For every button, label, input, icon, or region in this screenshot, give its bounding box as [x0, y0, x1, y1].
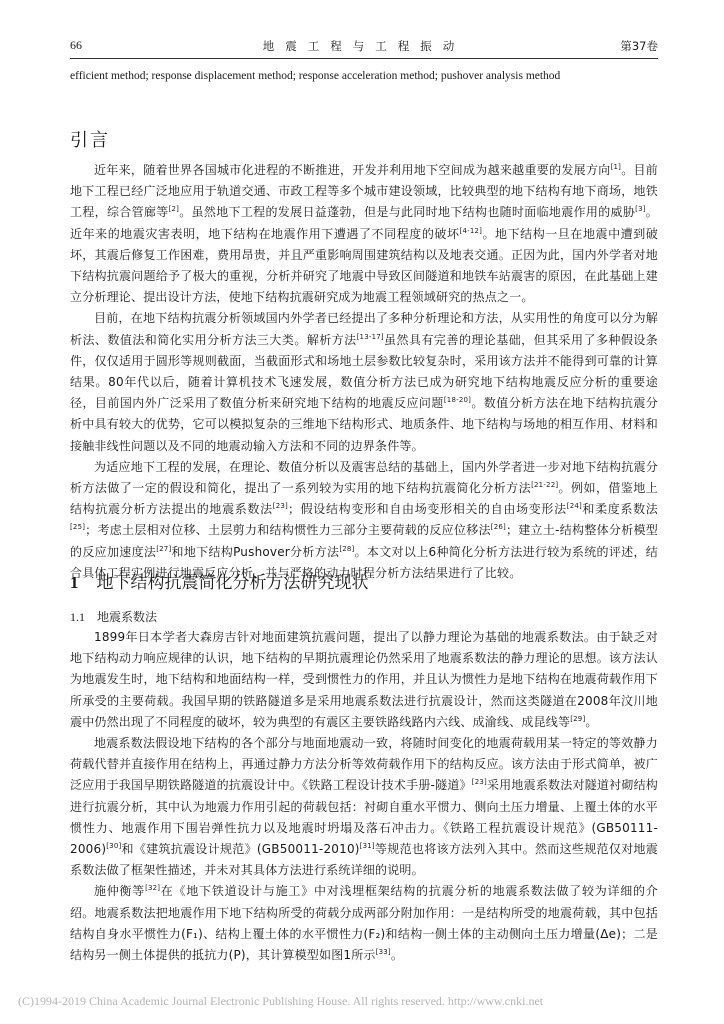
citation-ref: [30] — [106, 842, 121, 850]
intro-paragraph: 目前，在地下结构抗震分析领域国内外学者已经提出了多种分析理论和方法，从实用性的角… — [70, 308, 658, 456]
header-rule — [70, 58, 658, 59]
citation-ref: [31] — [360, 842, 375, 850]
citation-ref: [13-17] — [357, 333, 384, 341]
citation-ref: [29] — [570, 715, 585, 723]
citation-ref: [2] — [169, 205, 180, 213]
section-heading: 1地下结构抗震简化分析方法研究现状 — [70, 568, 369, 593]
citation-ref: [33] — [376, 948, 391, 956]
citation-ref: [23] — [472, 778, 487, 786]
section-title: 地下结构抗震简化分析方法研究现状 — [97, 573, 369, 593]
citation-ref: [25] — [70, 523, 85, 531]
intro-body: 近年来，随着世界各国城市化进程的不断推进，开发并利用地下空间成为越来越重要的发展… — [70, 160, 658, 584]
running-header: 66 地震工程与工程振动 第37卷 — [70, 38, 658, 60]
volume-label: 第37卷 — [620, 38, 658, 54]
body-paragraph: 1899年日本学者大森房吉针对地面建筑抗震问题，提出了以静力理论为基础的地震系数… — [70, 627, 658, 733]
subsection-body: 1899年日本学者大森房吉针对地面建筑抗震问题，提出了以静力理论为基础的地震系数… — [70, 627, 658, 966]
citation-ref: [1] — [611, 163, 622, 171]
subsection-heading: 1.1地震系数法 — [70, 608, 157, 625]
subsection-number: 1.1 — [70, 610, 85, 624]
citation-ref: [32] — [145, 884, 160, 892]
section-number: 1 — [70, 573, 79, 592]
body-paragraph: 地震系数法假设地下结构的各个部分与地面地震动一致，将随时间变化的地震荷载用某一特… — [70, 733, 658, 881]
citation-ref: [28] — [339, 545, 354, 553]
citation-ref: [4-12] — [460, 227, 483, 235]
journal-title: 地震工程与工程振动 — [70, 38, 658, 54]
citation-ref: [21-22] — [531, 481, 558, 489]
citation-ref: [18-20] — [444, 396, 471, 404]
citation-ref: [23] — [273, 502, 288, 510]
body-paragraph: 施仲衡等[32]在《地下铁道设计与施工》中对浅埋框架结构的抗震分析的地震系数法做… — [70, 881, 658, 966]
citation-ref: [24] — [567, 502, 582, 510]
english-keywords: efficient method; response displacement … — [70, 70, 670, 82]
intro-paragraph: 为适应地下工程的发展，在理论、数值分析以及震害总结的基础上，国内外学者进一步对地… — [70, 457, 658, 584]
intro-heading: 引言 — [70, 126, 110, 152]
intro-paragraph: 近年来，随着世界各国城市化进程的不断推进，开发并利用地下空间成为越来越重要的发展… — [70, 160, 658, 308]
subsection-title: 地震系数法 — [97, 610, 157, 624]
citation-ref: [26] — [491, 523, 506, 531]
copyright-footer: (C)1994-2019 China Academic Journal Elec… — [18, 994, 543, 1009]
citation-ref: [3] — [635, 205, 646, 213]
citation-ref: [27] — [156, 545, 171, 553]
